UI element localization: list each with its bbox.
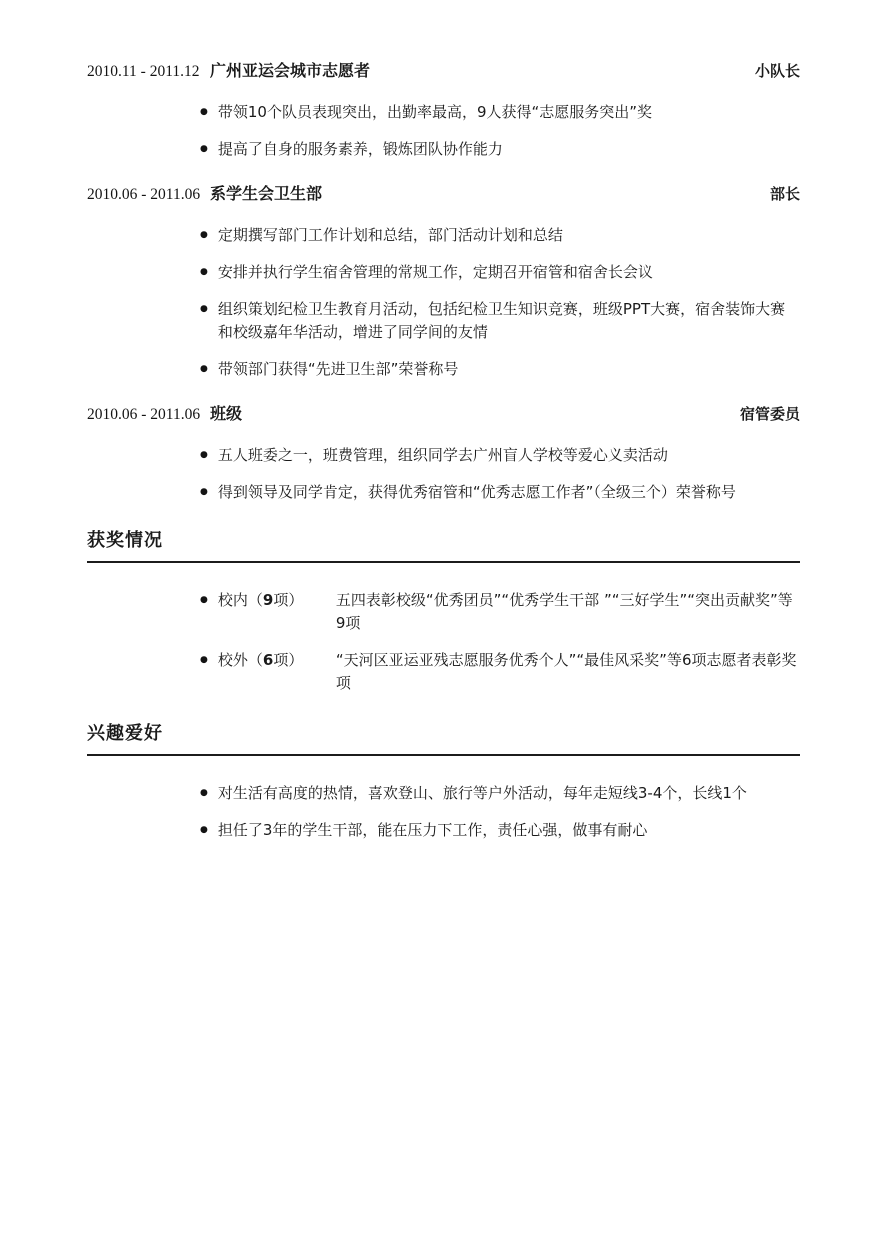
award-count: 9 (263, 591, 273, 609)
award-description: “天河区亚运亚残志愿服务优秀个人”“最佳风采奖”等6项志愿者表彰奖项 (336, 649, 800, 695)
bullet-item: ● 组织策划纪检卫生教育月活动，包括纪检卫生知识竞赛，班级PPT大赛，宿舍装饰大… (200, 298, 800, 344)
bullet-text: 安排并执行学生宿舍管理的常规工作，定期召开宿管和宿舍长会议 (218, 261, 800, 284)
award-label-suffix: 项） (273, 651, 303, 669)
bullet-icon: ● (200, 101, 208, 124)
bullet-item: ● 提高了自身的服务素养，锻炼团队协作能力 (200, 138, 800, 161)
award-description: 五四表彰校级“优秀团员”“优秀学生干部 ”“三好学生”“突出贡献奖”等9项 (336, 589, 800, 635)
bullet-item: ● 带领10个队员表现突出，出勤率最高，9人获得“志愿服务突出”奖 (200, 101, 800, 124)
entry-header: 2010.06 - 2011.06 系学生会卫生部 部长 (87, 181, 800, 204)
bullet-item: ● 得到领导及同学肯定，获得优秀宿管和“优秀志愿工作者”（全级三个）荣誉称号 (200, 481, 800, 504)
entry-title: 广州亚运会城市志愿者 (210, 58, 755, 81)
bullet-text: 带领10个队员表现突出，出勤率最高，9人获得“志愿服务突出”奖 (218, 101, 800, 124)
bullet-text: 定期撰写部门工作计划和总结，部门活动计划和总结 (218, 224, 800, 247)
entry-role: 部长 (770, 183, 800, 204)
bullet-icon: ● (200, 224, 208, 247)
hobbies-section: 兴趣爱好 ● 对生活有高度的热情，喜欢登山、旅行等户外活动，每年走短线3-4个，… (87, 719, 800, 842)
hobby-text: 担任了3年的学生干部，能在压力下工作，责任心强，做事有耐心 (218, 819, 800, 842)
resume-page: 2010.11 - 2011.12 广州亚运会城市志愿者 小队长 ● 带领10个… (0, 0, 884, 1250)
entry-date: 2010.06 - 2011.06 (87, 186, 210, 204)
bullet-text: 组织策划纪检卫生教育月活动，包括纪检卫生知识竞赛，班级PPT大赛，宿舍装饰大赛和… (218, 298, 800, 344)
entry-role: 小队长 (755, 60, 800, 81)
entry-title: 班级 (210, 401, 740, 424)
experience-entry: 2010.06 - 2011.06 班级 宿管委员 ● 五人班委之一，班费管理，… (87, 401, 800, 504)
bullet-icon: ● (200, 298, 208, 321)
awards-section: 获奖情况 ● 校内（9项） 五四表彰校级“优秀团员”“优秀学生干部 ”“三好学生… (87, 526, 800, 695)
bullet-icon: ● (200, 261, 208, 284)
entry-header: 2010.06 - 2011.06 班级 宿管委员 (87, 401, 800, 424)
bullet-icon: ● (200, 589, 208, 612)
bullet-icon: ● (200, 481, 208, 504)
experience-entry: 2010.06 - 2011.06 系学生会卫生部 部长 ● 定期撰写部门工作计… (87, 181, 800, 381)
bullet-item: ● 五人班委之一，班费管理，组织同学去广州盲人学校等爱心义卖活动 (200, 444, 800, 467)
entry-date: 2010.06 - 2011.06 (87, 406, 210, 424)
bullet-text: 得到领导及同学肯定，获得优秀宿管和“优秀志愿工作者”（全级三个）荣誉称号 (218, 481, 800, 504)
entry-bullet-list: ● 五人班委之一，班费管理，组织同学去广州盲人学校等爱心义卖活动 ● 得到领导及… (87, 444, 800, 504)
entry-title: 系学生会卫生部 (210, 181, 770, 204)
hobby-text: 对生活有高度的热情，喜欢登山、旅行等户外活动，每年走短线3-4个，长线1个 (218, 782, 800, 805)
bullet-icon: ● (200, 819, 208, 842)
award-label: 校外（6项） (218, 649, 336, 672)
hobby-item: ● 对生活有高度的热情，喜欢登山、旅行等户外活动，每年走短线3-4个，长线1个 (200, 782, 800, 805)
hobby-item: ● 担任了3年的学生干部，能在压力下工作，责任心强，做事有耐心 (200, 819, 800, 842)
bullet-text: 提高了自身的服务素养，锻炼团队协作能力 (218, 138, 800, 161)
bullet-text: 带领部门获得“先进卫生部”荣誉称号 (218, 358, 800, 381)
awards-list: ● 校内（9项） 五四表彰校级“优秀团员”“优秀学生干部 ”“三好学生”“突出贡… (87, 589, 800, 695)
bullet-icon: ● (200, 444, 208, 467)
bullet-icon: ● (200, 782, 208, 805)
section-heading-hobbies: 兴趣爱好 (87, 719, 800, 756)
award-item: ● 校外（6项） “天河区亚运亚残志愿服务优秀个人”“最佳风采奖”等6项志愿者表… (200, 649, 800, 695)
bullet-text: 五人班委之一，班费管理，组织同学去广州盲人学校等爱心义卖活动 (218, 444, 800, 467)
bullet-icon: ● (200, 358, 208, 381)
bullet-item: ● 安排并执行学生宿舍管理的常规工作，定期召开宿管和宿舍长会议 (200, 261, 800, 284)
award-item: ● 校内（9项） 五四表彰校级“优秀团员”“优秀学生干部 ”“三好学生”“突出贡… (200, 589, 800, 635)
experience-entry: 2010.11 - 2011.12 广州亚运会城市志愿者 小队长 ● 带领10个… (87, 58, 800, 161)
award-count: 6 (263, 651, 273, 669)
award-label-suffix: 项） (273, 591, 303, 609)
award-label-prefix: 校内（ (218, 591, 263, 609)
hobbies-list: ● 对生活有高度的热情，喜欢登山、旅行等户外活动，每年走短线3-4个，长线1个 … (87, 782, 800, 842)
entry-date: 2010.11 - 2011.12 (87, 63, 210, 81)
section-heading-awards: 获奖情况 (87, 526, 800, 563)
bullet-icon: ● (200, 649, 208, 672)
bullet-item: ● 带领部门获得“先进卫生部”荣誉称号 (200, 358, 800, 381)
entry-bullet-list: ● 带领10个队员表现突出，出勤率最高，9人获得“志愿服务突出”奖 ● 提高了自… (87, 101, 800, 161)
entry-header: 2010.11 - 2011.12 广州亚运会城市志愿者 小队长 (87, 58, 800, 81)
entry-bullet-list: ● 定期撰写部门工作计划和总结，部门活动计划和总结 ● 安排并执行学生宿舍管理的… (87, 224, 800, 381)
award-label: 校内（9项） (218, 589, 336, 612)
award-label-prefix: 校外（ (218, 651, 263, 669)
bullet-icon: ● (200, 138, 208, 161)
entry-role: 宿管委员 (740, 403, 800, 424)
bullet-item: ● 定期撰写部门工作计划和总结，部门活动计划和总结 (200, 224, 800, 247)
